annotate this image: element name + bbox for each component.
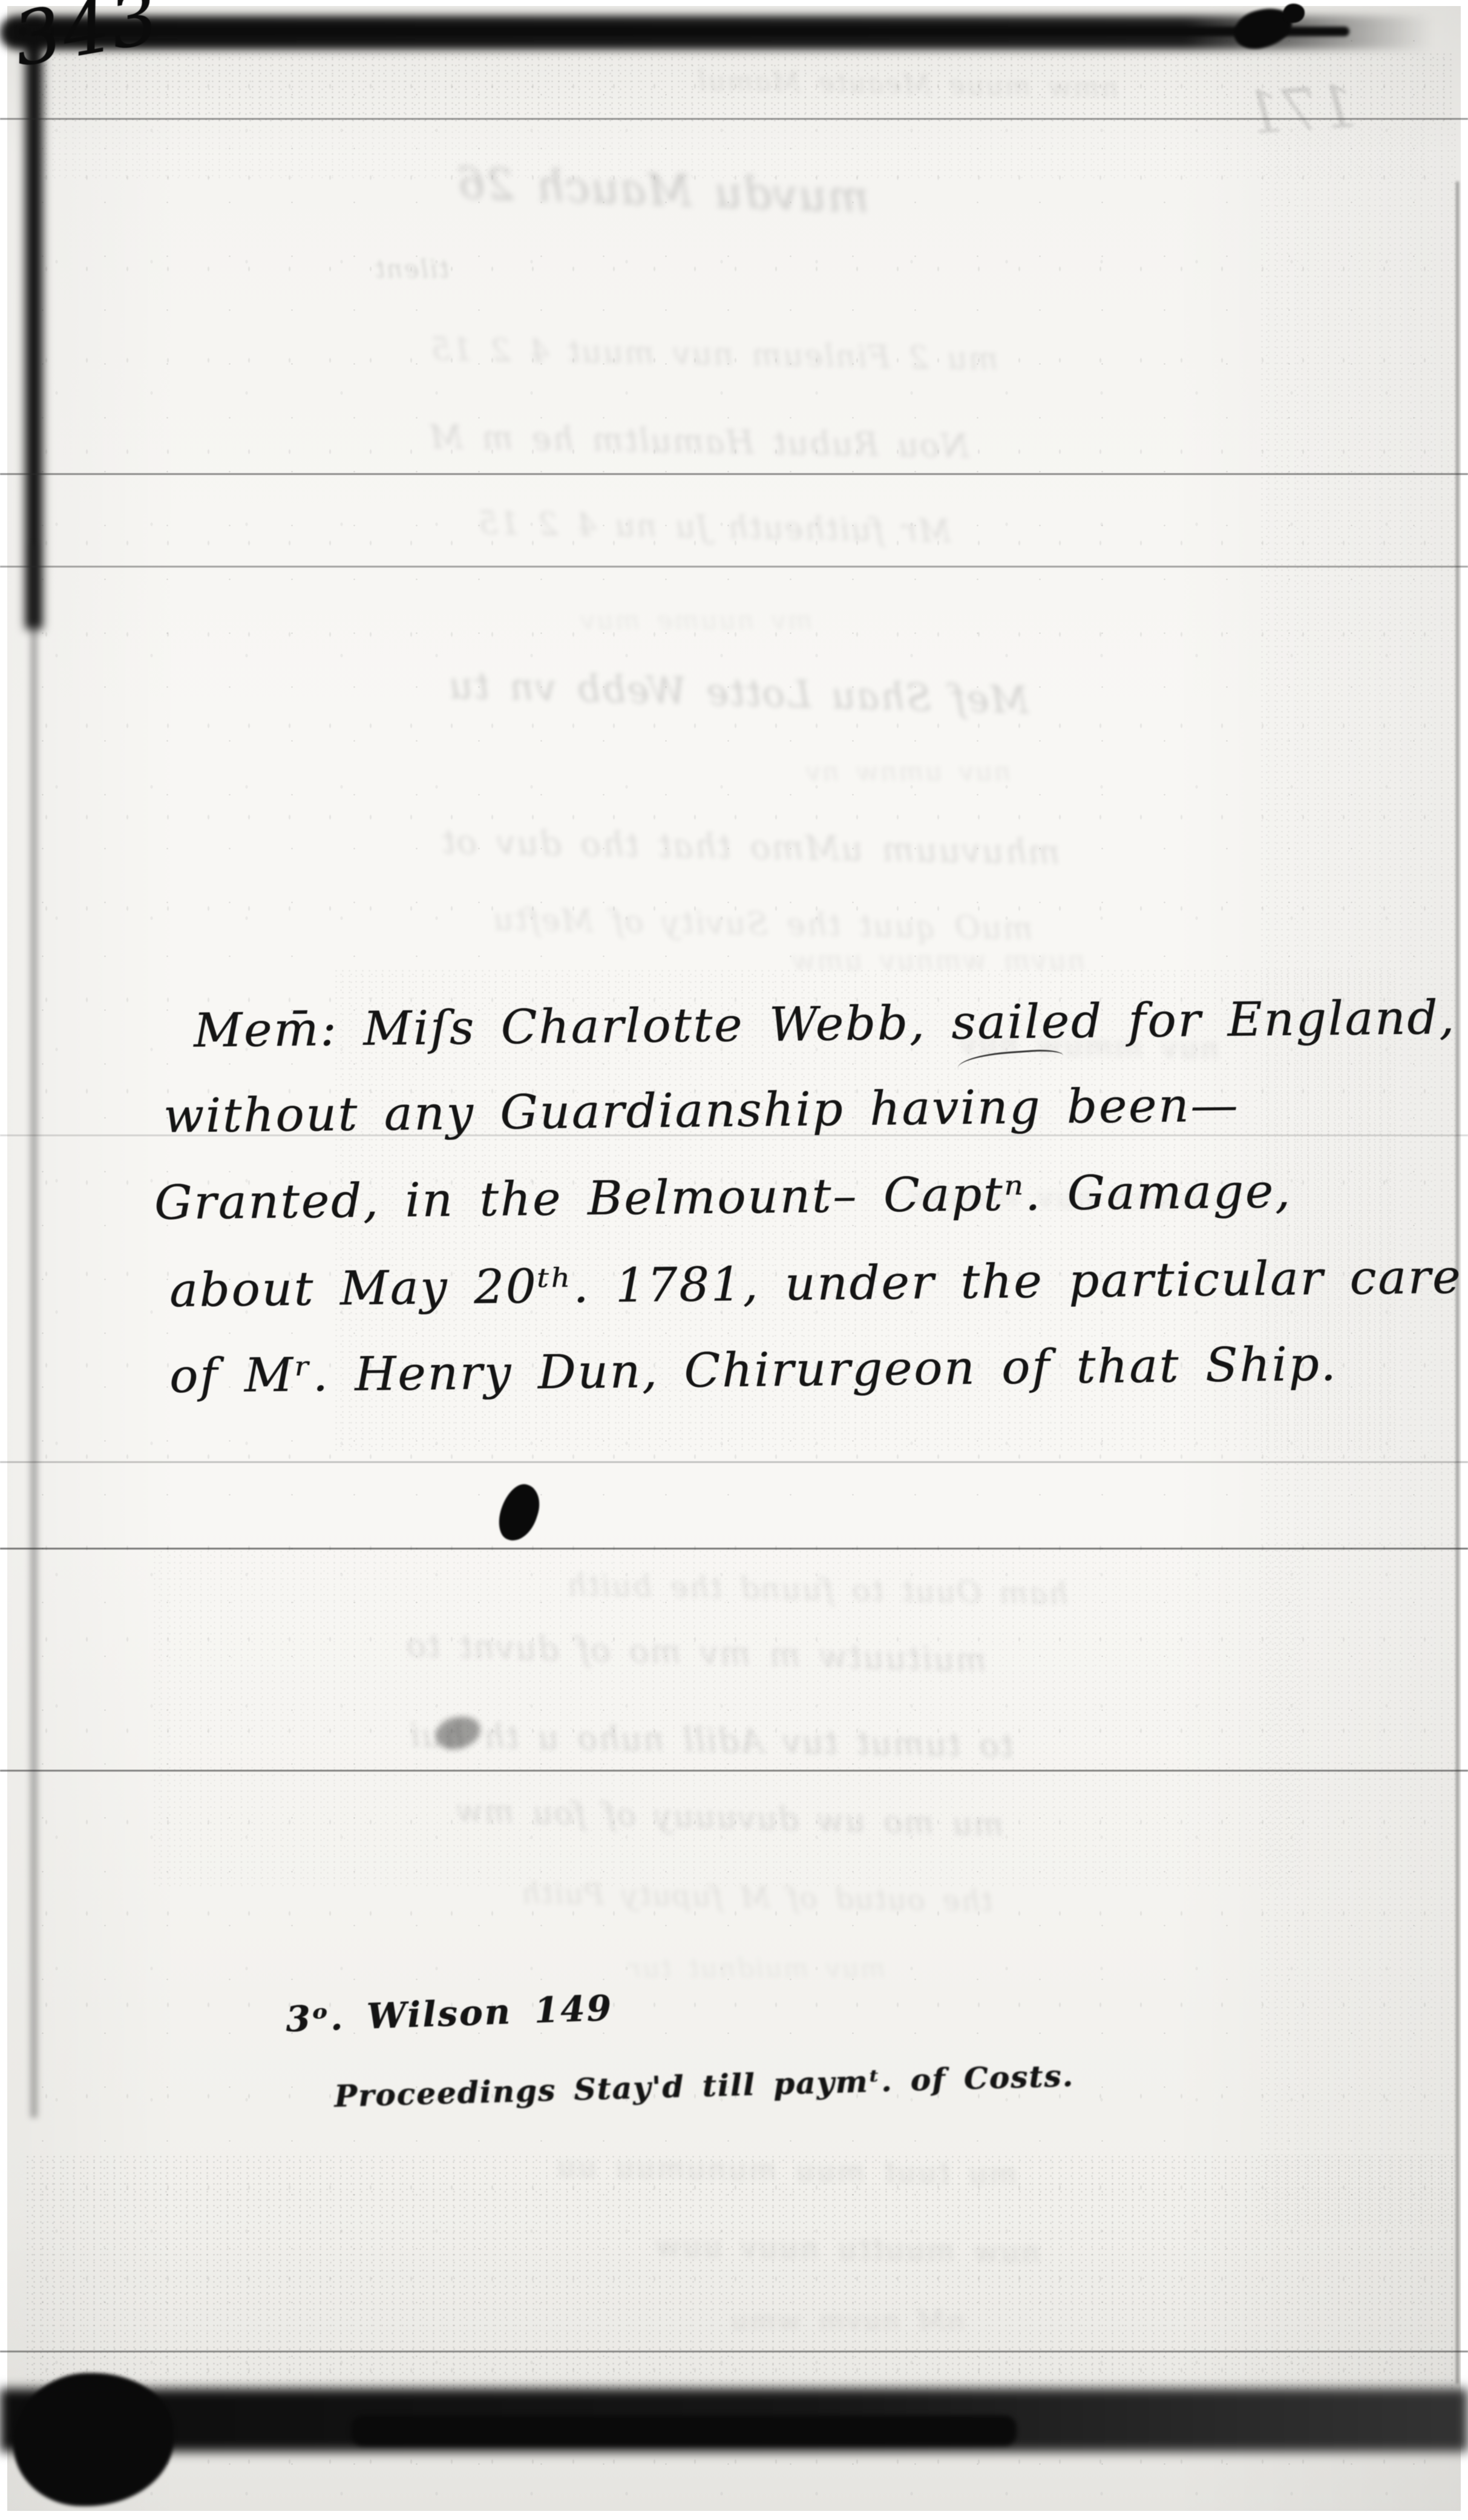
memo-line: Granted, in the Belmount– Captⁿ. Gamage,	[154, 1164, 1292, 1231]
memo-line: about May 20ᵗʰ. 1781, under the particul…	[169, 1250, 1463, 1318]
memorandum-text-block: Mem̄: Miſs Charlotte Webb, sailed for En…	[182, 997, 1404, 1457]
memo-line: without any Guardianship having been—	[163, 1078, 1240, 1144]
memo-line: Mem̄: Miſs Charlotte Webb, sailed for En…	[194, 990, 1457, 1058]
verso-page-number-bleed: 171	[1243, 73, 1358, 148]
scanned-manuscript-page: nmw muue Meaute Mamulmuvdu Mauch 26tilen…	[0, 0, 1468, 2520]
memo-line: of Mʳ. Henry Dun, Chirurgeon of that Shi…	[169, 1337, 1338, 1404]
